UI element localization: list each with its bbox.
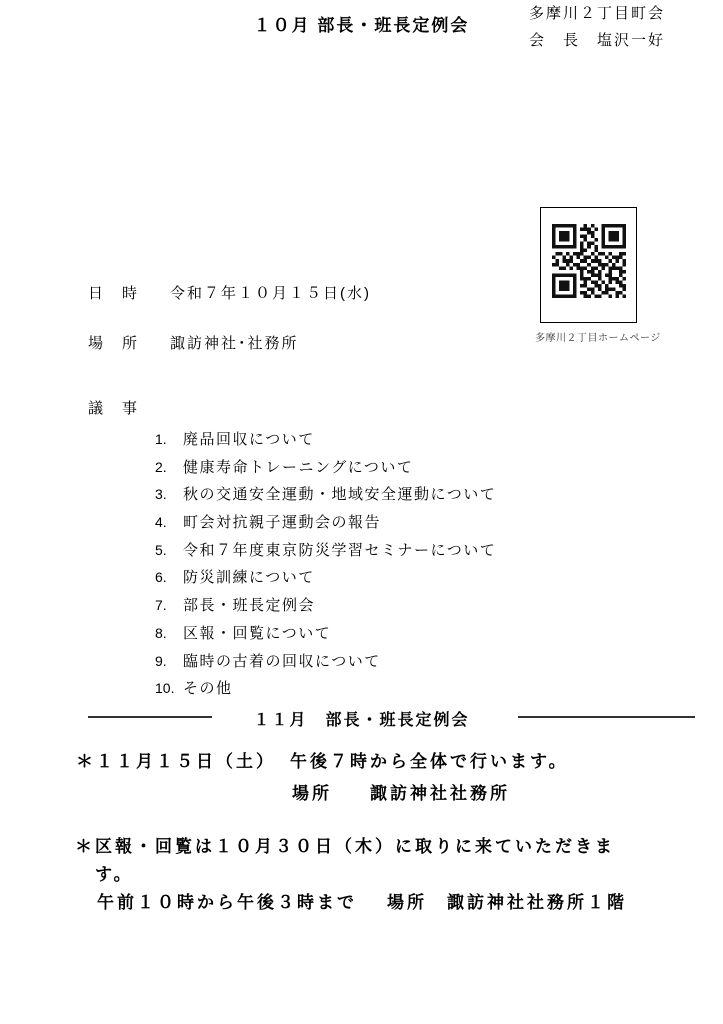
agenda-item-text: 区報・回覧について	[183, 620, 331, 648]
place-label: 場 所	[88, 332, 139, 353]
agenda-item-text: 令和７年度東京防災学習セミナーについて	[183, 537, 496, 565]
document-page: １０月 部長・班長定例会 多摩川２丁目町会 会 長 塩沢一好 多摩川２丁目ホーム…	[0, 0, 723, 1024]
place-value: 諏訪神社･社務所	[170, 332, 299, 353]
note-line-1: ＊区報・回覧は１０月３０日（木）に取りに来ていただきま	[75, 832, 615, 857]
agenda-item-number: 4.	[155, 509, 183, 537]
agenda-item-text: 秋の交通安全運動・地域安全運動について	[183, 481, 496, 509]
agenda-item-number: 5.	[155, 537, 183, 565]
agenda-item-number: 9.	[155, 648, 183, 676]
org-block: 多摩川２丁目町会 会 長 塩沢一好	[529, 0, 665, 54]
agenda-item-text: 防災訓練について	[183, 564, 315, 592]
agenda-item: 9.臨時の古着の回収について	[155, 648, 496, 676]
agenda-item-text: 部長・班長定例会	[183, 592, 315, 620]
agenda-item-text: 廃品回収について	[183, 426, 315, 454]
next-meeting-place-line: 場所諏訪神社社務所	[292, 779, 510, 804]
note-time: 午前１０時から午後３時まで	[97, 893, 357, 912]
next-meeting-date: ＊１１月１５日（土）	[76, 752, 276, 771]
org-chairman: 会 長 塩沢一好	[529, 27, 665, 54]
agenda-item: 1.廃品回収について	[155, 426, 496, 454]
agenda-item: 4.町会対抗親子運動会の報告	[155, 509, 496, 537]
qr-code-icon	[552, 224, 626, 298]
agenda-item-number: 8.	[155, 620, 183, 648]
agenda-item: 8.区報・回覧について	[155, 620, 496, 648]
agenda-item: 6.防災訓練について	[155, 564, 496, 592]
agenda-item-text: 臨時の古着の回収について	[183, 648, 381, 676]
agenda-item: 10.その他	[155, 675, 496, 703]
agenda-item-number: 3.	[155, 481, 183, 509]
note-line-2: す。	[95, 860, 134, 885]
qr-caption: 多摩川２丁目ホームページ	[535, 329, 661, 344]
agenda-item-number: 2.	[155, 454, 183, 482]
agenda-item: 5.令和７年度東京防災学習セミナーについて	[155, 537, 496, 565]
agenda-item-text: 町会対抗親子運動会の報告	[183, 509, 381, 537]
agenda-item-number: 6.	[155, 564, 183, 592]
agenda-item-text: 健康寿命トレーニングについて	[183, 454, 413, 482]
agenda-item-text: その他	[183, 675, 233, 703]
next-meeting-date-line: ＊１１月１５日（土）午後７時から全体で行います。	[76, 747, 569, 772]
next-meeting-time: 午後７時から全体で行います。	[290, 752, 569, 771]
agenda-item-number: 10.	[155, 675, 183, 703]
agenda-item: 2.健康寿命トレーニングについて	[155, 454, 496, 482]
agenda-list: 1.廃品回収について2.健康寿命トレーニングについて3.秋の交通安全運動・地域安…	[155, 426, 496, 703]
org-name: 多摩川２丁目町会	[529, 0, 665, 27]
note-line-3: 午前１０時から午後３時まで場所諏訪神社社務所１階	[97, 888, 627, 913]
next-meeting-heading: １１月 部長・班長定例会	[0, 707, 723, 730]
datetime-label: 日 時	[88, 282, 139, 303]
datetime-value: 令和７年１０月１５日(水)	[170, 282, 371, 303]
agenda-item-number: 7.	[155, 592, 183, 620]
next-meeting-place-value: 諏訪神社社務所	[370, 784, 510, 803]
qr-box	[540, 207, 637, 323]
agenda-item: 3.秋の交通安全運動・地域安全運動について	[155, 481, 496, 509]
note-place-value: 諏訪神社社務所１階	[447, 893, 627, 912]
divider-line-right	[518, 716, 695, 718]
agenda-item: 7.部長・班長定例会	[155, 592, 496, 620]
note-place-label: 場所	[387, 893, 427, 912]
agenda-label: 議 事	[88, 397, 139, 418]
agenda-item-number: 1.	[155, 426, 183, 454]
next-meeting-place-label: 場所	[292, 784, 332, 803]
